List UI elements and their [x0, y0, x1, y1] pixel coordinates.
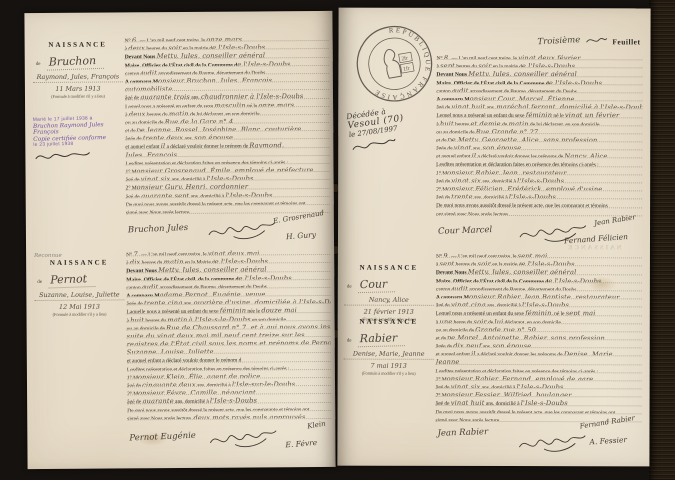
family-name: Bruchon — [46, 54, 104, 71]
printed-form-text: signé avec Nous après lecture. — [127, 416, 193, 421]
mayor-signature-flourish — [207, 425, 278, 452]
family-name: Cour — [357, 277, 395, 293]
de-label: de — [36, 62, 41, 67]
form-note: (Formule à modifier s'il y a lieu) — [34, 311, 124, 317]
de-label: de — [37, 280, 42, 285]
sheet-header: Troisième Feuillet — [538, 34, 641, 46]
margin-entry-cour: NAISSANCE deCour Nancy, Alice 21 février… — [344, 264, 434, 322]
signature-declarant: Bruchon Jules — [128, 223, 189, 236]
birth-record-9: N° 9. — L'an mil neuf cent treize, le se… — [436, 250, 642, 422]
given-names: Suzanne, Louise, Juliette — [34, 290, 124, 301]
family-name: Rabier — [357, 331, 405, 347]
record-date: 12 Mai 1913 — [34, 302, 124, 311]
birth-record-8: N° 8. — L'an mil neuf cent treize, le vi… — [436, 52, 642, 216]
signatures-record-7: Pernot Eugénie Klein E. Févre — [127, 421, 329, 460]
given-names: Denise, Marie, Jeanne — [344, 350, 434, 360]
signature-declarant: Cour Marcel — [438, 225, 493, 237]
margin-name-row: deBruchon — [33, 51, 123, 70]
signature-witness-2: H. Gury — [286, 230, 317, 241]
given-names: Nancy, Alice — [344, 296, 434, 306]
left-page: NAISSANCE deBruchon Raymond, Jules, Fran… — [24, 11, 335, 469]
form-note: (Formule à modifier s'il y a lieu) — [33, 93, 123, 99]
handwritten-entry: deux mots rayés nuls approuvés — [193, 413, 305, 420]
record-date: 11 Mars 1913 — [33, 84, 123, 93]
signature-declarant: Jean Rabier — [437, 427, 488, 439]
de-label: de — [347, 339, 352, 344]
book-page-edges — [649, 0, 675, 480]
given-names: Raymond, Jules, François — [33, 72, 123, 83]
de-label: de — [347, 285, 352, 290]
margin-entry-pernot: Reconnue NAISSANCE dePernot Suzanne, Lou… — [34, 252, 124, 317]
signature-witness-1: Klein — [306, 420, 325, 431]
form-note: (Formule à modifier s'il y a lieu) — [344, 371, 434, 376]
right-page: Troisième Feuillet RÉPUBLIQUE FRANÇAISE … — [337, 8, 650, 467]
record-date: 21 février 1913 — [344, 308, 434, 316]
naissance-label: NAISSANCE — [33, 40, 123, 49]
margin-name-row: dePernot — [34, 269, 124, 288]
record-date: 7 mai 1913 — [344, 362, 434, 370]
signatures-record-8: Cour Marcel Jean Rabier Fernand Félicien — [436, 216, 640, 255]
sheet-number-handwritten: Troisième — [537, 35, 580, 47]
register-scan: NAISSANCE deBruchon Raymond, Jules, Fran… — [0, 0, 675, 480]
naissance-label: NAISSANCE — [34, 258, 124, 267]
feuillet-label: Feuillet — [612, 37, 640, 46]
family-name: Pernot — [48, 272, 95, 289]
republique-francaise-revenue-stamp: RÉPUBLIQUE FRANÇAISE 2fr 1fr — [348, 17, 441, 110]
acte-line: ont signé avec Nous après lecture. — [436, 207, 642, 216]
signature-declarant: Pernot Eugénie — [129, 431, 196, 444]
signatures-record-9: Jean Rabier Fernand Rabier A. Fessier — [435, 418, 639, 457]
margin-entry-bruchon: NAISSANCE deBruchon Raymond, Jules, Fran… — [33, 40, 123, 99]
signature-witness-2: E. Févre — [285, 438, 317, 449]
signature-witness-2: A. Fessier — [590, 435, 628, 447]
naissance-label: NAISSANCE — [344, 264, 434, 272]
signature-witness-1: Jean Rabier — [594, 213, 636, 227]
margin-name-row: deRabier — [344, 329, 434, 347]
mayor-signature-flourish — [206, 217, 277, 244]
death-marginal-note: Décédée à Vesoul (70) le 27/08/1997 — [340, 99, 451, 156]
naissance-label: NAISSANCE — [344, 318, 434, 326]
marginal-marriage-mention: Marié le 17 juillet 1938 à Bruchon Raymo… — [33, 116, 130, 164]
pen-flourish — [585, 34, 607, 46]
birth-record-7: N° 7. — L'an mil neuf cent treize, le vi… — [126, 247, 331, 420]
mention-hand-line: Bruchon Raymond Jules François — [33, 122, 129, 136]
ink-scribble — [34, 148, 92, 163]
stamp-value-2fr: 2fr — [401, 54, 409, 62]
birth-record-6: N° 6. — L'an mil neuf cent treize, le on… — [125, 33, 330, 215]
stamp-value-1fr: 1fr — [403, 65, 411, 73]
margin-entry-rabier: NAISSANCE deRabier Denise, Marie, Jeanne… — [344, 318, 434, 376]
mayor-signature-flourish — [516, 430, 587, 457]
acte-line: signé avec Nous après lecture. deux mots… — [127, 411, 331, 421]
margin-name-row: deCour — [344, 275, 434, 293]
seated-marianne-figure — [383, 48, 402, 78]
